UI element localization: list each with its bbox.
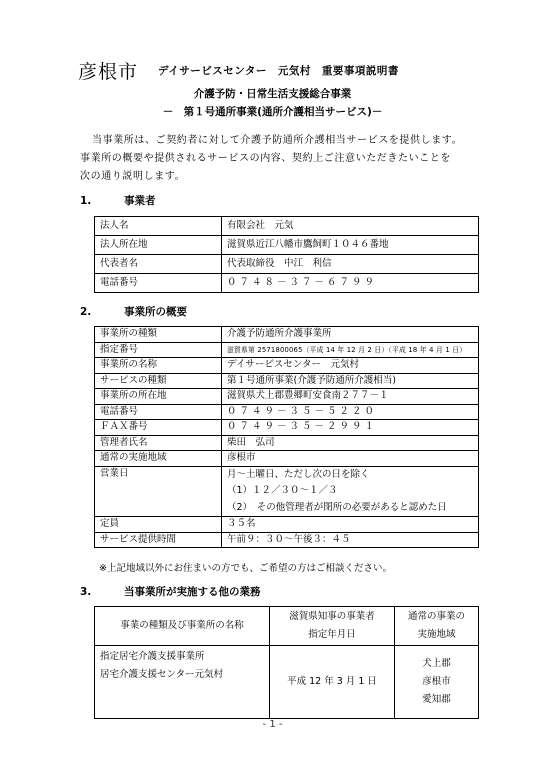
table-row: 電話番号０７４９－３５－５２２０ [95,404,479,420]
row-label: サービスの種類 [95,373,222,389]
row-value: 月～土曜日、ただし次の日を除く （1）１２／３０～１／３ （2） その他管理者が… [222,466,479,517]
section-title: 当事業所が実施する他の業務 [124,586,261,598]
column-header: 滋賀県知事の事業者 指定年月日 [270,607,395,646]
row-label: 管理者氏名 [95,435,222,451]
table-row: 通常の実施地域彦根市 [95,451,479,467]
row-label: 電話番号 [95,274,222,293]
intro-line: 事業所の概要や提供されるサービスの内容、契約上ご注意いただきたいことを [80,150,490,168]
table-row: 営業日 月～土曜日、ただし次の日を除く （1）１２／３０～１／３ （2） その他… [95,466,479,517]
page-number: - 1 - [0,719,545,730]
table-row: 指定居宅介護支援事業所 居宅介護支援センター元気村 平成 12 年 3 月 1 … [95,646,479,719]
other-services-table: 事業の種類及び事業所の名称 滋賀県知事の事業者 指定年月日 通常の事業の 実施地… [94,606,479,719]
table-row: 指定番号滋賀県第 2571800065（平成 14 年 12 月 2 日）（平成… [95,342,479,358]
closed-day-2: （2） その他管理者が閉所の必要があると認めた日 [227,500,473,517]
table-row: 事業所の名称デイサービスセンター 元気村 [95,358,479,374]
table-row: 代表者名代表取締役 中江 利信 [95,255,479,274]
table-row: ＦＡＸ番号０７４９－３５－２９９１ [95,420,479,436]
intro-line: 当事業所は、ご契約者に対して介護予防通所介護相当サービスを提供します。 [80,132,490,150]
table-row: サービスの種類第１号通所事業(介護予防通所介護相当) [95,373,479,389]
service-area-cell: 犬上郡 彦根市 愛知郡 [395,646,479,719]
business-days: 月～土曜日、ただし次の日を除く [227,467,473,484]
area-note: ※上記地域以外にお住まいの方でも、ご希望の方はご相談ください。 [99,560,392,574]
intro-line: 次の通り説明します。 [80,168,490,186]
row-value: ０７４８－３７－６７９９ [222,274,479,293]
table-row: 定員３５名 [95,517,479,533]
row-label: サービス提供時間 [95,532,222,548]
section-title: 事業所の概要 [124,306,187,318]
document-title: デイサービスセンター 元気村 重要事項説明書 [158,63,399,78]
designation-date-cell: 平成 12 年 3 月 1 日 [270,646,395,719]
row-value: 午前９：３０～午後３：４５ [222,532,479,548]
table-row: 事業所の種類介護予防通所介護事業所 [95,327,479,343]
row-label: 代表者名 [95,255,222,274]
section-heading-2: 2.事業所の概要 [80,304,187,319]
row-label: 事業所の所在地 [95,389,222,405]
row-value: デイサービスセンター 元気村 [222,358,479,374]
table-header-row: 事業の種類及び事業所の名称 滋賀県知事の事業者 指定年月日 通常の事業の 実施地… [95,607,479,646]
row-label: 事業所の種類 [95,327,222,343]
section-title: 事業者 [124,195,156,207]
row-value: ０７４９－３５－５２２０ [222,404,479,420]
document-subtitle: 介護予防・日常生活支援総合事業 [0,86,545,101]
row-label: 定員 [95,517,222,533]
row-label: ＦＡＸ番号 [95,420,222,436]
row-value: 彦根市 [222,451,479,467]
column-header: 通常の事業の 実施地域 [395,607,479,646]
row-value: 有限会社 元気 [222,217,479,236]
row-label: 事業所の名称 [95,358,222,374]
row-value: 滋賀県第 2571800065（平成 14 年 12 月 2 日）（平成 18 … [222,342,479,358]
row-value: 第１号通所事業(介護予防通所介護相当) [222,373,479,389]
table-row: 事業所の所在地滋賀県犬上郡豊郷町安食南２７７－１ [95,389,479,405]
row-label: 法人名 [95,217,222,236]
table-row: 法人所在地滋賀県近江八幡市鷹飼町１０４６番地 [95,236,479,255]
section-number: 2. [80,306,124,318]
table-row: サービス提供時間午前９：３０～午後３：４５ [95,532,479,548]
facility-overview-table: 事業所の種類介護予防通所介護事業所 指定番号滋賀県第 2571800065（平成… [94,326,479,548]
city-name: 彦根市 [78,57,138,84]
row-label: 通常の実施地域 [95,451,222,467]
row-value: ０７４９－３５－２９９１ [222,420,479,436]
row-label: 電話番号 [95,404,222,420]
row-label: 営業日 [95,466,222,517]
section-heading-3: 3.当事業所が実施する他の業務 [80,584,261,599]
row-value: 滋賀県犬上郡豊郷町安食南２７７－１ [222,389,479,405]
section-number: 1. [80,195,124,207]
row-value: 介護予防通所介護事業所 [222,327,479,343]
intro-paragraph: 当事業所は、ご契約者に対して介護予防通所介護相当サービスを提供します。 事業所の… [80,132,490,186]
column-header: 事業の種類及び事業所の名称 [95,607,270,646]
row-value: 代表取締役 中江 利信 [222,255,479,274]
row-value: ３５名 [222,517,479,533]
operator-table: 法人名有限会社 元気 法人所在地滋賀県近江八幡市鷹飼町１０４６番地 代表者名代表… [94,216,479,293]
table-row: 電話番号０７４８－３７－６７９９ [95,274,479,293]
row-value: 滋賀県近江八幡市鷹飼町１０４６番地 [222,236,479,255]
document-subtitle-2: － 第１号通所事業(通所介護相当サービス)－ [0,104,545,119]
table-row: 管理者氏名柴田 弘司 [95,435,479,451]
table-row: 法人名有限会社 元気 [95,217,479,236]
section-heading-1: 1.事業者 [80,193,156,208]
closed-day-1: （1）１２／３０～１／３ [227,483,473,500]
row-label: 法人所在地 [95,236,222,255]
row-label: 指定番号 [95,342,222,358]
section-number: 3. [80,586,124,598]
service-name-cell: 指定居宅介護支援事業所 居宅介護支援センター元気村 [95,646,270,719]
row-value: 柴田 弘司 [222,435,479,451]
